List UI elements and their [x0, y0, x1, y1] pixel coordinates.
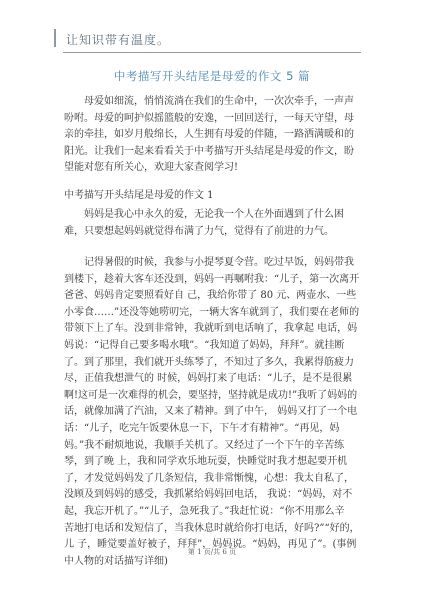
text-line: 吩咐。母爱的呵护似摇篮般的安逸，一回回送行，一每天守望，母 [64, 111, 360, 128]
text-line: 尽，正值我想泄气的 时候，妈妈打来了电话：“儿子，是不是很累 [64, 371, 360, 388]
text-line: 话：“儿子，吃完午饭要休息一下，下午才有精神”。“再见，妈 [64, 421, 360, 438]
intro-paragraph: 母爱如细流，悄悄流淌在我们的生命中，一次次牵手，一声声 吩咐。母爱的呵护似摇篮般… [64, 94, 360, 177]
text-line: 母爱如细流，悄悄流淌在我们的生命中，一次次牵手，一声声 [64, 94, 360, 111]
header-slogan-bar: 让知识带有温度。 [54, 29, 170, 47]
text-line: 记得暑假的时候，我参与小提琴夏令营。吃过早饭，妈妈带我 [64, 255, 360, 272]
paragraph-1: 妈妈是我心中永久的爱，无论我一个人在外面遇到了什么困 难，只要想起妈妈就觉得布满… [64, 207, 360, 240]
text-line: 妈妈是我心中永久的爱，无论我一个人在外面遇到了什么困 [64, 207, 360, 224]
text-line: 望能对您有所关心，欢迎大家查阅学习! [64, 160, 360, 177]
text-line: 亲的牵挂，如岁月般绵长，人生拥有母爱的伴随，一路洒满暖和的 [64, 127, 360, 144]
text-line: 妈。”我不耐烦地说，我顺手关机了。又经过了一个下午的辛苦练 [64, 438, 360, 455]
text-line: 啊!这可是一次难得的机会，要坚持，坚持就是成功!”我听了妈妈的 [64, 388, 360, 405]
text-line: 难，只要想起妈妈就觉得布满了力气，觉得有了前进的力气。 [64, 224, 360, 241]
text-line: 爸爸、妈妈肯定要照看好自 己，我给你带了 80 元、两壶水、一些 [64, 288, 360, 305]
text-line: 话，就像加满了汽油，又来了精神。到了中午， 妈妈又打了一个电 [64, 404, 360, 421]
header-slogan: 让知识带有温度。 [66, 33, 170, 47]
text-line: 没顾及到妈妈的感受，我抓紧给妈妈回电话， 我说：“妈妈，对不 [64, 487, 360, 504]
text-line: 阳光。让我们一起来看看关于中考描写开头结尾是母爱的作文，盼 [64, 144, 360, 161]
header-divider [63, 52, 361, 53]
text-line: 起，我忘开机了。”“儿子，急死我了。”我赶忙说：“你不用那么辛 [64, 504, 360, 521]
paragraph-2: 记得暑假的时候，我参与小提琴夏令营。吃过早饭，妈妈带我 到楼下，趁着大客车还没到… [64, 255, 360, 570]
text-line: 了，才发觉妈妈发了几条短信，我非常惭愧，心想：我太自私了， [64, 471, 360, 488]
text-line: 琴，到了晚 上，我和同学欢乐地玩耍，快睡觉时我才想起要开机 [64, 454, 360, 471]
text-line: 小零食……”还没等她唠叨完，一辆大客车就到了，我们要在老师的 [64, 305, 360, 322]
page-indicator: 第 1 页/共 6 页 [0, 547, 424, 557]
text-line: 妈说：“记得自己要多喝水哦”。“我知道了妈妈，拜拜”。就挂断 [64, 338, 360, 355]
section-title: 中考描写开头结尾是母爱的作文 1 [64, 186, 214, 201]
text-line: 苦地打电话和发短信了，当我休息时就给你打电话，好吗?”“好的， [64, 521, 360, 538]
text-line: 了。到了那里，我们就开头练琴了，不知过了多久，我累得筋疲力 [64, 355, 360, 372]
text-line: 带领下上了车。没到非常钟，我就听到电话响了，我拿起 电话，妈 [64, 321, 360, 338]
document-title: 中考描写开头结尾是母爱的作文 5 篇 [0, 68, 424, 84]
text-line: 到楼下，趁着大客车还没到，妈妈一再嘱咐我：“儿子，第一次离开 [64, 272, 360, 289]
